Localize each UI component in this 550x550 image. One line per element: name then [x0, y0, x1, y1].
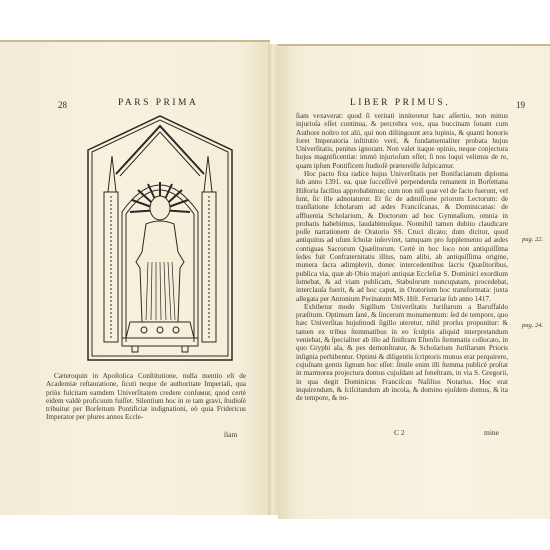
left-folio: 28 — [58, 100, 67, 110]
woodcut-illustration — [86, 112, 234, 362]
right-folio: 19 — [516, 100, 525, 110]
paragraph: Hoc pacto fixa radice hujus Univerſitati… — [296, 170, 508, 303]
left-running-head: PARS PRIMA — [118, 98, 198, 108]
right-running-head: LIBER PRIMUS. — [350, 98, 450, 108]
margin-note: pag. 22. — [522, 236, 543, 243]
right-page-text: ſiam vexaverat: quod ſi veritati inniter… — [296, 112, 508, 402]
margin-note: pag. 24. — [522, 322, 543, 329]
paragraph: ſiam vexaverat: quod ſi veritati inniter… — [296, 112, 508, 170]
right-page: LIBER PRIMUS. 19 ſiam vexaverat: quod ſi… — [278, 44, 550, 519]
paragraph: Exhibetur modo Sigillum Univerſitatis Ju… — [296, 303, 508, 403]
left-page-text: Cæterоquin in Apoſtolica Conſtitutione, … — [46, 372, 246, 422]
left-page: 28 PARS PRIMA — [0, 40, 270, 515]
saint-statue-woodcut-icon — [86, 112, 234, 362]
left-catchword: ſiam — [224, 430, 237, 439]
right-catchword: mine — [484, 428, 499, 437]
open-book: 28 PARS PRIMA — [0, 40, 550, 515]
signature-mark: C 2 — [394, 428, 405, 437]
